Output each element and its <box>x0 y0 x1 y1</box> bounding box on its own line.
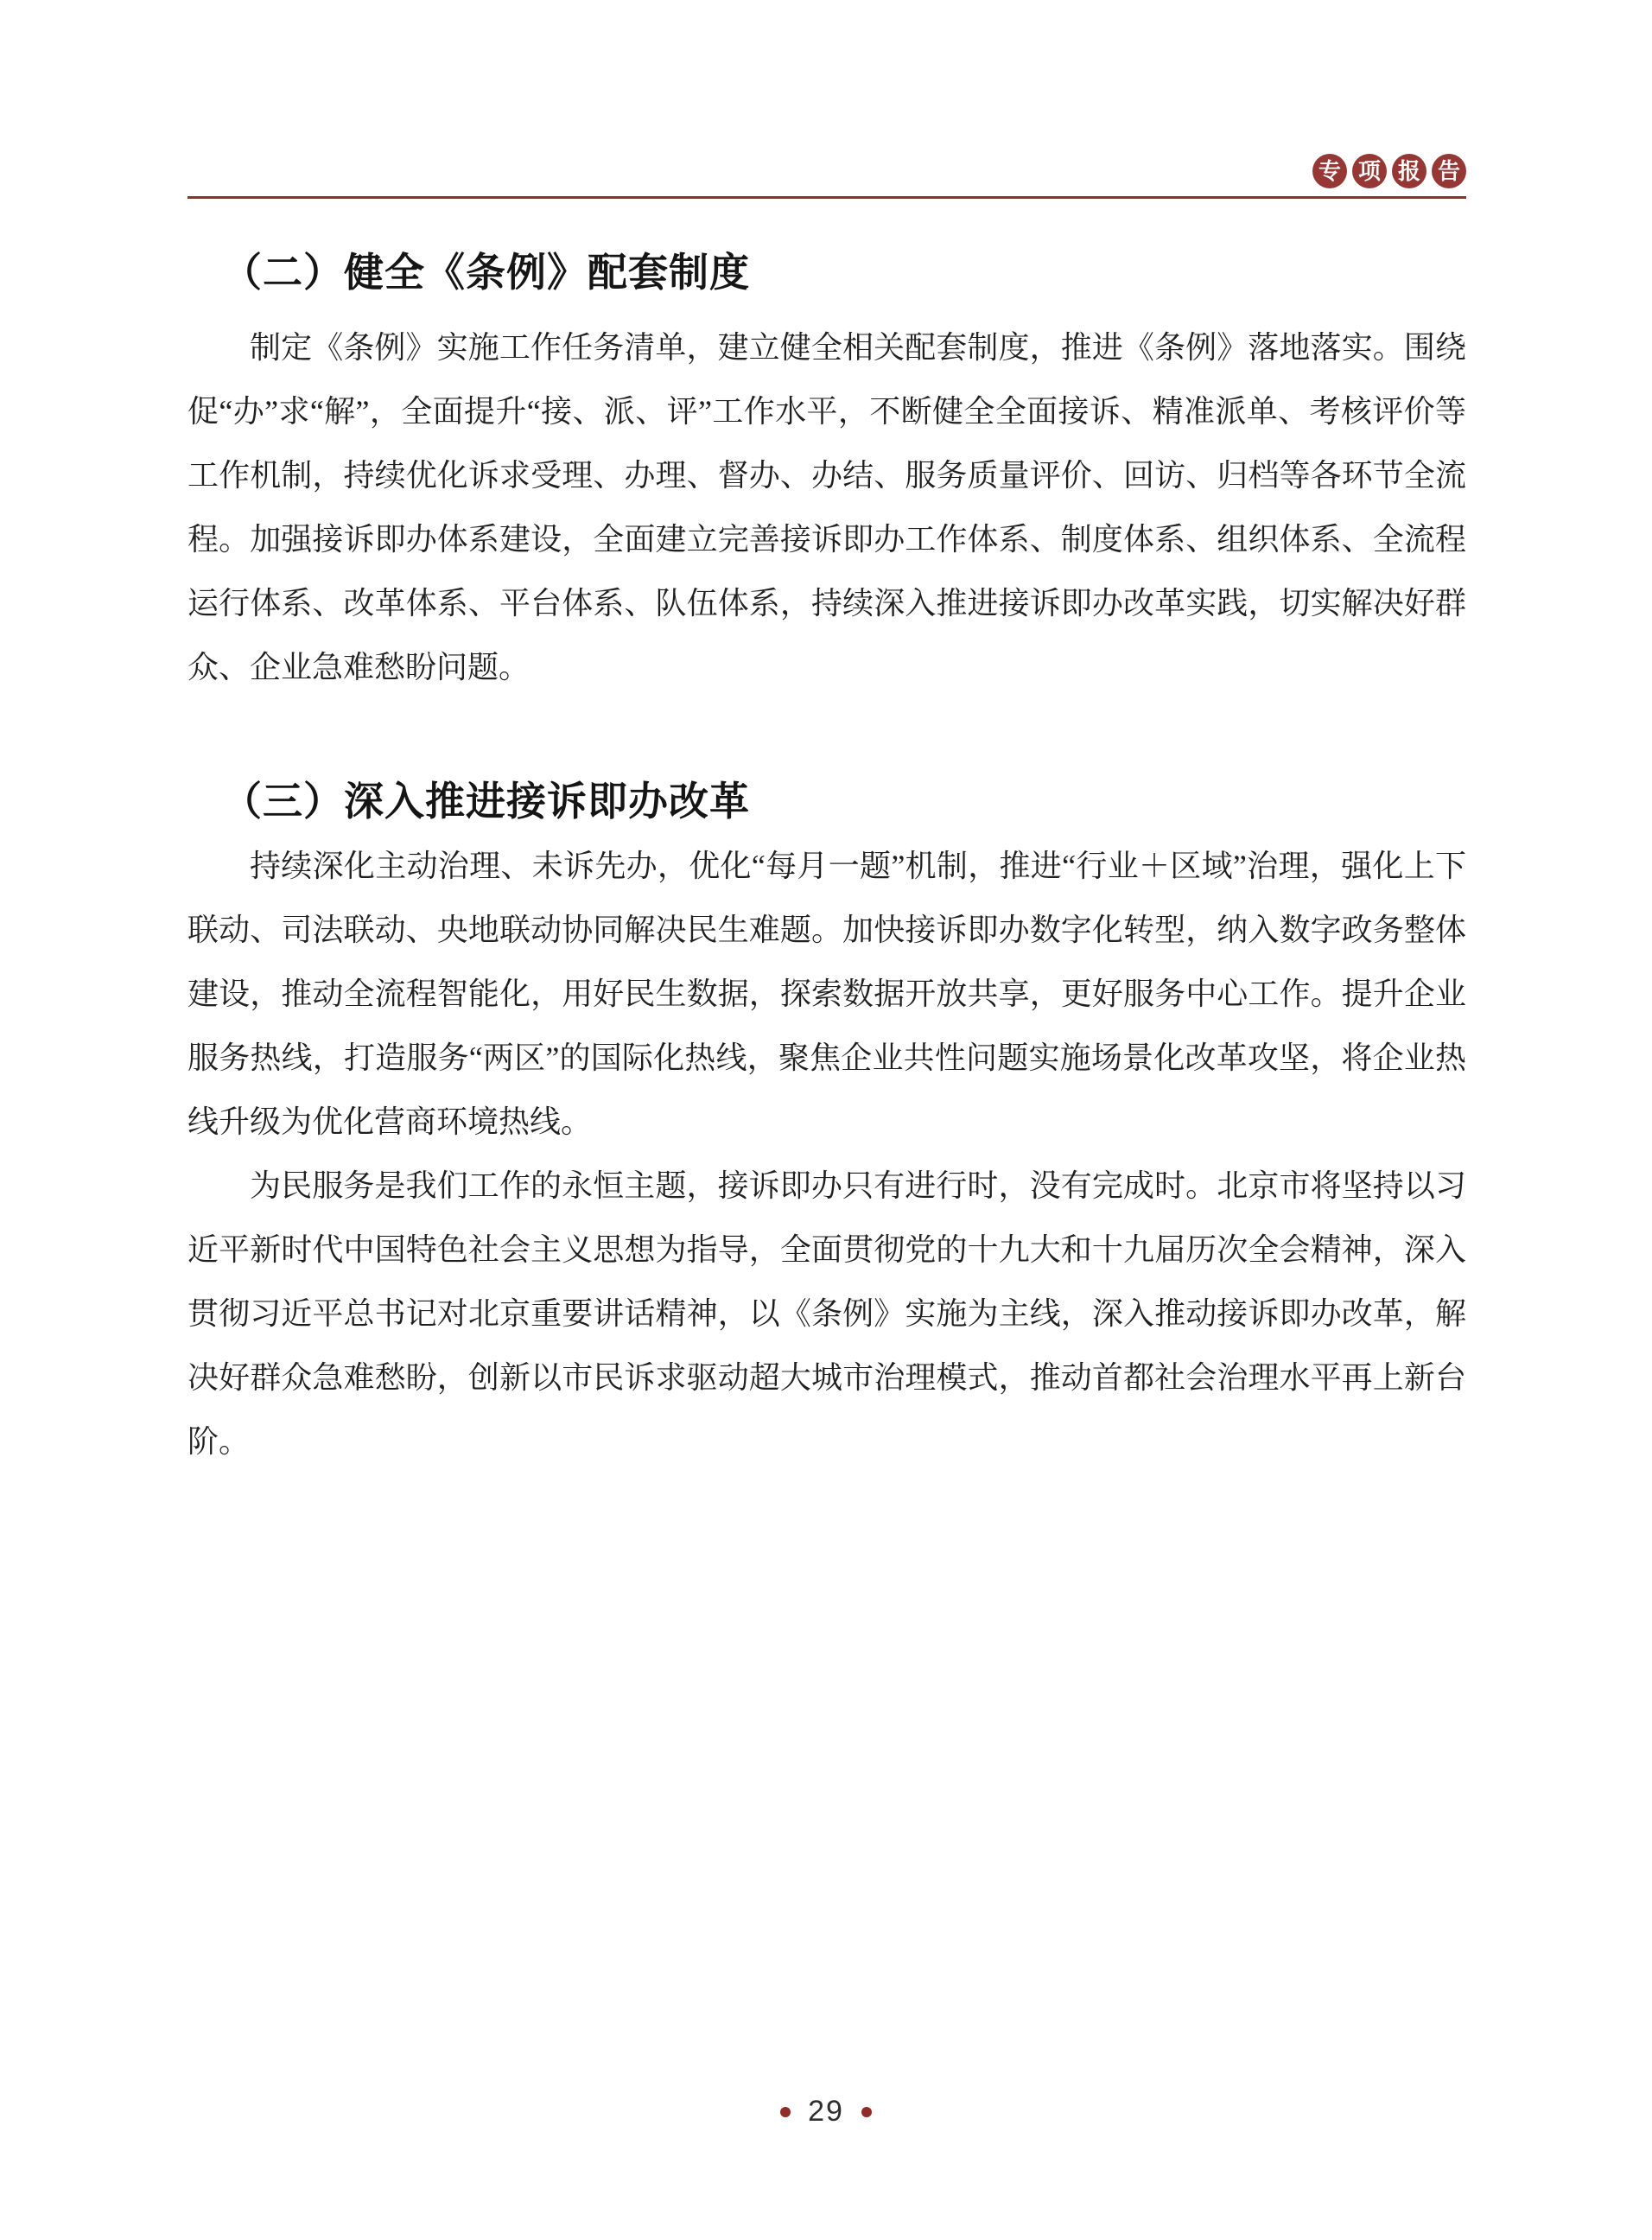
section-2-paragraph: 制定《条例》实施工作任务清单，建立健全相关配套制度，推进《条例》落地落实。围绕促… <box>187 315 1466 699</box>
section-heading-2: （二）健全《条例》配套制度 <box>187 249 1466 296</box>
badge-circle-icon: 报 <box>1392 154 1426 188</box>
section-3-paragraph-2: 为民服务是我们工作的永恒主题，接诉即办只有进行时，没有完成时。北京市将坚持以习近… <box>187 1154 1466 1473</box>
section-heading-3: （三）深入推进接诉即办改革 <box>187 778 1466 824</box>
section-3-paragraph-1: 持续深化主动治理、未诉先办，优化“每月一题”机制，推进“行业＋区域”治理，强化上… <box>187 834 1466 1154</box>
report-type-badge: 专 项 报 告 <box>187 154 1466 188</box>
badge-circle-icon: 专 <box>1312 154 1347 188</box>
footer-dot-icon <box>861 2107 872 2117</box>
footer-dot-icon <box>780 2107 791 2117</box>
content-column: 专 项 报 告 （二）健全《条例》配套制度 制定《条例》实施工作任务清单，建立健… <box>187 0 1466 1473</box>
badge-circle-icon: 告 <box>1432 154 1466 188</box>
badge-circle-icon: 项 <box>1352 154 1387 188</box>
report-page: 专 项 报 告 （二）健全《条例》配套制度 制定《条例》实施工作任务清单，建立健… <box>0 0 1652 2240</box>
page-number: 29 <box>808 2095 844 2129</box>
page-footer: 29 <box>0 2095 1652 2129</box>
header-rule-line <box>187 196 1466 199</box>
